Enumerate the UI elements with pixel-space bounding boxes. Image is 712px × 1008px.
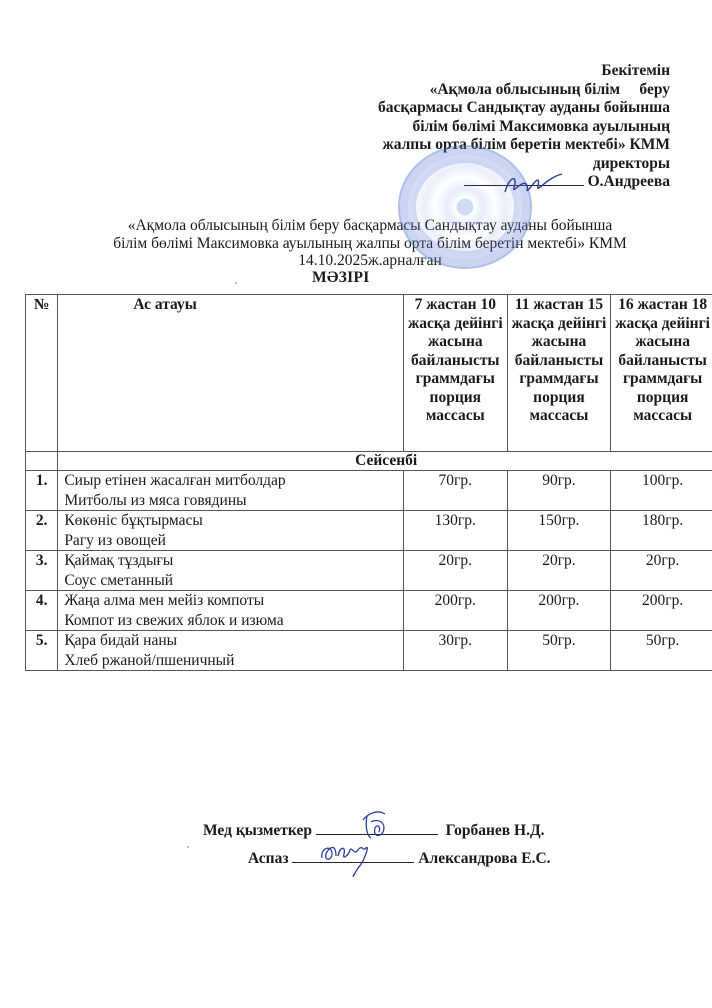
portion-11-15: 200гр. <box>507 591 611 631</box>
dish-name-kk: Қаймақ тұздығы <box>64 551 399 571</box>
portion-16-18: 50гр. <box>611 631 712 671</box>
portion-7-10: 70гр. <box>403 471 507 511</box>
dish-name-kk: Жаңа алма мен мейіз компоты <box>64 591 399 611</box>
signature-blank <box>292 848 414 863</box>
approval-line: жалпы орта білім беретін мектебі» КММ <box>378 136 670 155</box>
portion-16-18: 200гр. <box>611 591 712 631</box>
dish-name-ru: Хлеб ржаной/пшеничный <box>64 651 399 671</box>
dish-name: Қаймақ тұздығыСоус сметанный <box>58 551 404 591</box>
day-label: Сейсенбі <box>58 452 712 471</box>
row-num: 2. <box>26 511 58 551</box>
portion-7-10: 20гр. <box>403 551 507 591</box>
table-row: 2. Көкөніс бұқтырмасыРагу из овощей 130г… <box>26 511 712 551</box>
row-num: 3. <box>26 551 58 591</box>
approval-signer: О.Андреева <box>588 173 670 190</box>
signature-row-cook: Аспаз Александрова Е.С. <box>248 848 551 868</box>
dish-name: Жаңа алма мен мейіз компотыКомпот из све… <box>58 591 404 631</box>
portion-11-15: 20гр. <box>507 551 611 591</box>
header-age-11-15: 11 жастан 15 жасқа дейінгі жасына байлан… <box>507 295 611 452</box>
table-row: 3. Қаймақ тұздығыСоус сметанный 20гр. 20… <box>26 551 712 591</box>
portion-11-15: 50гр. <box>507 631 611 671</box>
dish-name-ru: Компот из свежих яблок и изюма <box>64 611 399 631</box>
signature-name: Горбанев Н.Д. <box>446 822 545 839</box>
signature-name: Александрова Е.С. <box>418 850 550 867</box>
row-num: 1. <box>26 471 58 511</box>
menu-table: № Ас атауы 7 жастан 10 жасқа дейінгі жас… <box>25 294 712 671</box>
approval-line: Бекітемін <box>378 62 670 81</box>
approval-line: білім бөлімі Максимовка ауылының <box>378 118 670 137</box>
table-row: 4. Жаңа алма мен мейіз компотыКомпот из … <box>26 591 712 631</box>
portion-16-18: 180гр. <box>611 511 712 551</box>
portion-7-10: 130гр. <box>403 511 507 551</box>
subtitle-line: «Ақмола облысының білім беру басқармасы … <box>60 217 680 235</box>
signature-blank <box>464 173 584 186</box>
menu-title: МӘЗІРІ <box>312 269 370 287</box>
signature-role: Аспаз <box>248 850 289 867</box>
subtitle-line: білім бөлімі Максимовка ауылының жалпы о… <box>60 235 680 253</box>
signature-role: Мед қызметкер <box>203 822 312 839</box>
dish-name-kk: Сиыр етінен жасалған митболдар <box>64 471 399 491</box>
portion-11-15: 90гр. <box>507 471 611 511</box>
approval-line: директоры <box>378 155 670 174</box>
dish-name: Көкөніс бұқтырмасыРагу из овощей <box>58 511 404 551</box>
signature-blank <box>316 820 438 835</box>
dish-name: Сиыр етінен жасалған митболдарМитболы из… <box>58 471 404 511</box>
row-num: 4. <box>26 591 58 631</box>
dish-name-ru: Митболы из мяса говядины <box>64 491 399 511</box>
portion-7-10: 30гр. <box>403 631 507 671</box>
approval-block: Бекітемін «Ақмола облысының білім беру б… <box>378 62 670 192</box>
day-row: Сейсенбі <box>26 452 712 471</box>
portion-16-18: 20гр. <box>611 551 712 591</box>
dish-name-ru: Рагу из овощей <box>64 531 399 551</box>
table-header-row: № Ас атауы 7 жастан 10 жасқа дейінгі жас… <box>26 295 712 452</box>
portion-7-10: 200гр. <box>403 591 507 631</box>
scan-artifact <box>235 282 237 284</box>
table-row: 1. Сиыр етінен жасалған митболдарМитболы… <box>26 471 712 511</box>
approval-signer-line: О.Андреева <box>378 173 670 192</box>
header-num: № <box>26 295 58 452</box>
dish-name-kk: Көкөніс бұқтырмасы <box>64 511 399 531</box>
portion-11-15: 150гр. <box>507 511 611 551</box>
portion-16-18: 100гр. <box>611 471 712 511</box>
header-age-16-18: 16 жастан 18 жасқа дейінгі жасына байлан… <box>611 295 712 452</box>
document-subtitle: «Ақмола облысының білім беру басқармасы … <box>60 217 680 270</box>
subtitle-date: 14.10.2025ж.арналған <box>60 252 680 270</box>
day-row-num <box>26 452 58 471</box>
dish-name: Қара бидай наныХлеб ржаной/пшеничный <box>58 631 404 671</box>
scan-artifact <box>187 846 189 848</box>
header-age-7-10: 7 жастан 10 жасқа дейінгі жасына байланы… <box>403 295 507 452</box>
header-dish-name: Ас атауы <box>58 295 404 452</box>
table-row: 5. Қара бидай наныХлеб ржаной/пшеничный … <box>26 631 712 671</box>
approval-line: «Ақмола облысының білім беру <box>378 81 670 100</box>
signature-row-medic: Мед қызметкер Горбанев Н.Д. <box>203 820 545 840</box>
approval-line: басқармасы Сандықтау ауданы бойынша <box>378 99 670 118</box>
row-num: 5. <box>26 631 58 671</box>
dish-name-kk: Қара бидай наны <box>64 631 399 651</box>
dish-name-ru: Соус сметанный <box>64 571 399 591</box>
